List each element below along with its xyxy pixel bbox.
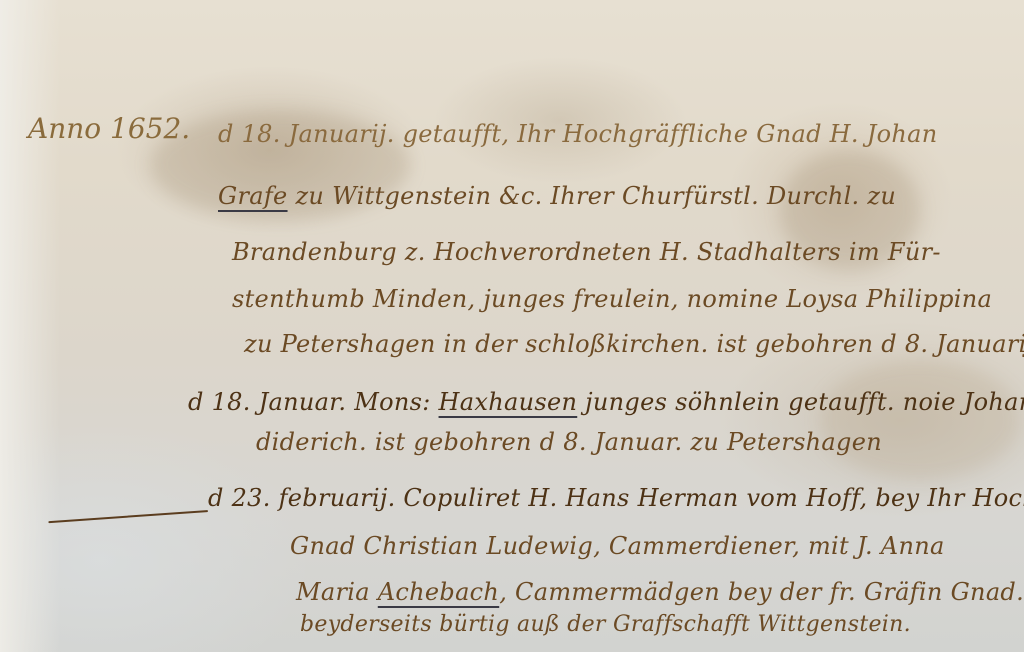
underlined-name: Achebach xyxy=(378,578,499,606)
entry-line: Brandenburg z. Hochverordneten H. Stadha… xyxy=(232,238,941,266)
underlined-name: Haxhausen xyxy=(439,388,578,416)
underlined-name: Grafe xyxy=(218,182,288,210)
year-heading: Anno 1652. xyxy=(28,112,190,145)
entry-line: d 23. februarij. Copuliret H. Hans Herma… xyxy=(208,484,1024,512)
entry-line: Grafe zu Wittgenstein &c. Ihrer Churfürs… xyxy=(218,182,896,210)
entry-line: Gnad Christian Ludewig, Cammerdiener, mi… xyxy=(290,532,945,560)
entry-line: diderich. ist gebohren d 8. Januar. zu P… xyxy=(256,428,882,456)
entry-line: stenthumb Minden, junges freulein, nomin… xyxy=(232,285,992,313)
entry-line: Maria Achebach, Cammermädgen bey der fr.… xyxy=(296,578,1024,606)
entry-line: d 18. Januarij. getaufft, Ihr Hochgräffl… xyxy=(218,120,938,148)
margin-pen-stroke xyxy=(48,510,208,523)
water-stain xyxy=(820,360,1020,480)
entry-line: zu Petershagen in der schloßkirchen. ist… xyxy=(244,330,1024,358)
entry-line: beyderseits bürtig auß der Graffschafft … xyxy=(300,612,911,637)
entry-line: d 18. Januar. Mons: Haxhausen junges söh… xyxy=(188,388,1024,416)
page-edge-highlight xyxy=(0,0,60,652)
